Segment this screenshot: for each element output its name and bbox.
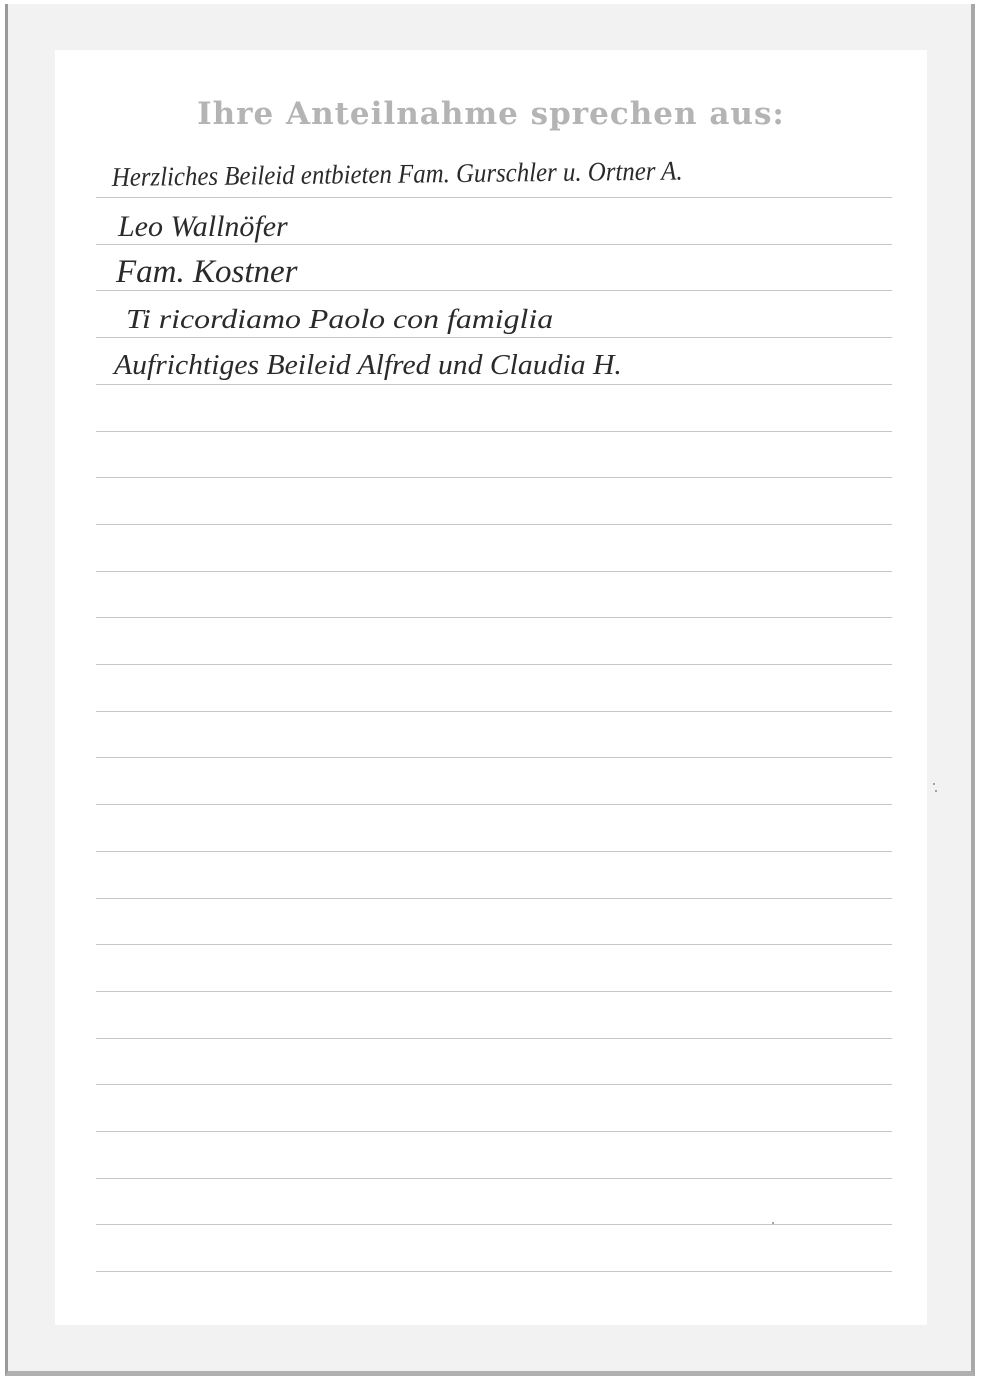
condolence-entry: Ti ricordiamo Paolo con famiglia (126, 304, 553, 335)
ruled-line (96, 757, 892, 758)
ruled-line (96, 244, 892, 245)
ruled-line (96, 524, 892, 525)
ruled-line (96, 898, 892, 899)
ruled-line (96, 1038, 892, 1039)
condolence-entry: Leo Wallnöfer (118, 210, 288, 244)
scan-speck (772, 1222, 774, 1224)
ruled-line (96, 384, 892, 385)
ruled-line (96, 664, 892, 665)
scan-speck (935, 790, 937, 792)
condolence-entry: Herzliches Beileid entbieten Fam. Gursch… (112, 156, 683, 193)
ruled-line (96, 851, 892, 852)
page-heading: Ihre Anteilnahme sprechen aus: (0, 96, 982, 132)
ruled-line (96, 1271, 892, 1272)
ruled-line (96, 1224, 892, 1225)
ruled-line (96, 1131, 892, 1132)
ruled-line (96, 991, 892, 992)
ruled-line (96, 431, 892, 432)
ruled-line (96, 1084, 892, 1085)
ruled-line (96, 804, 892, 805)
ruled-line (96, 617, 892, 618)
ruled-line (96, 197, 892, 198)
ruled-line (96, 337, 892, 338)
ruled-line (96, 571, 892, 572)
ruled-line (96, 477, 892, 478)
ruled-line (96, 711, 892, 712)
ruled-line (96, 1178, 892, 1179)
ruled-line (96, 944, 892, 945)
condolence-entry: Fam. Kostner (116, 254, 298, 291)
condolence-entry: Aufrichtiges Beileid Alfred und Claudia … (114, 350, 622, 382)
scan-speck (933, 783, 935, 785)
